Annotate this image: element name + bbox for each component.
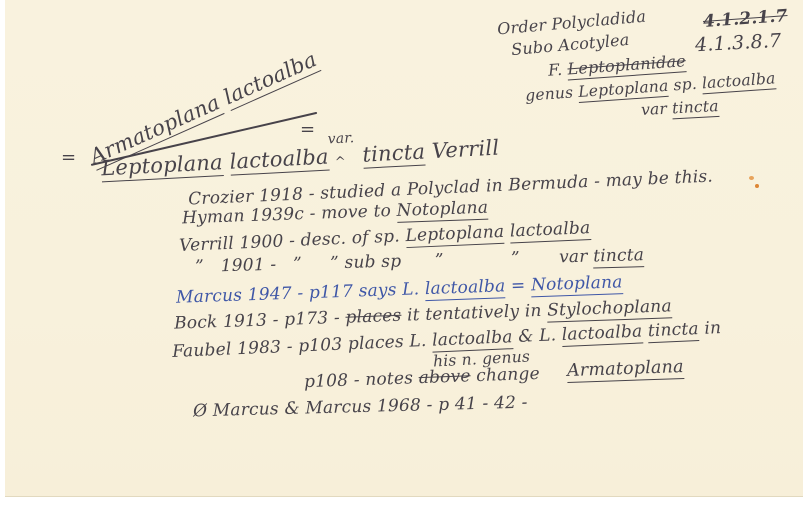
index-card: Order Polycladida 4.1.2.1.7 Subo Acotyle…	[5, 0, 803, 497]
text-segment: lactoalba	[701, 69, 776, 94]
synonym-equals-left: =	[61, 147, 76, 168]
text-segment: it tentatively in	[401, 301, 547, 326]
text-segment: tincta	[362, 139, 426, 168]
text-segment: Armatoplana	[567, 357, 684, 383]
heading-part2: tincta Verrill	[362, 136, 500, 169]
catalog-family-line: F. Leptoplanidae	[548, 51, 687, 80]
text-segment: lactoalba	[220, 47, 321, 111]
text-segment: Bock 1913 - p173 -	[174, 308, 346, 334]
catalog-number: 4.1.3.8.7	[694, 30, 781, 56]
entry-marcus-marcus-1968: Ø Marcus & Marcus 1968 - p 41 - 42 -	[193, 393, 528, 422]
heading-var-word: var.	[327, 130, 354, 147]
stain-dot-2	[755, 184, 759, 188]
entry-p108-note: p108 - notes above change	[304, 364, 540, 392]
text-segment: Notoplana	[396, 198, 488, 223]
synonym-equals-mid: =	[300, 119, 315, 140]
text-segment: & L.	[512, 325, 562, 347]
text-segment: Verrill	[424, 136, 499, 164]
text-segment: Notoplana	[531, 272, 623, 297]
text-segment: p108 - notes	[304, 368, 419, 392]
text-segment: tincta	[672, 97, 720, 119]
entry-armatoplana-continuation: Armatoplana	[567, 357, 684, 381]
text-segment: Stylochoplana	[547, 296, 672, 322]
text-segment: F.	[548, 59, 569, 79]
text-segment: Ø Marcus & Marcus 1968 - p 41 - 42 -	[193, 393, 528, 422]
text-segment: =	[505, 275, 531, 296]
text-segment: lactoalba	[229, 145, 329, 176]
text-segment: in	[698, 318, 721, 339]
text-segment: lactoalba	[425, 276, 506, 301]
catalog-old-number: 4.1.2.1.7	[702, 6, 788, 32]
text-segment: tincta	[593, 245, 644, 268]
text-segment: genus	[525, 83, 579, 105]
text-segment: Leptoplana	[405, 222, 505, 248]
text-segment: sp.	[668, 74, 703, 94]
catalog-variety-line: var tincta	[641, 97, 720, 119]
text-segment: var	[641, 99, 673, 119]
text-segment: Leptoplana	[101, 150, 224, 182]
text-segment: Faubel 1983 - p103 places L.	[172, 331, 433, 362]
text-segment: tincta	[647, 319, 699, 343]
heading-caret: ^	[335, 155, 347, 171]
heading-var-insertion: var.^	[328, 152, 362, 164]
text-segment: places	[345, 306, 402, 328]
text-segment: lactoalba	[561, 321, 642, 346]
text-segment: lactoalba	[509, 218, 590, 243]
text-segment: Leptoplana	[578, 77, 669, 103]
text-segment: Marcus 1947 - p117 says L.	[176, 279, 425, 308]
stain-dot-1	[749, 176, 754, 180]
